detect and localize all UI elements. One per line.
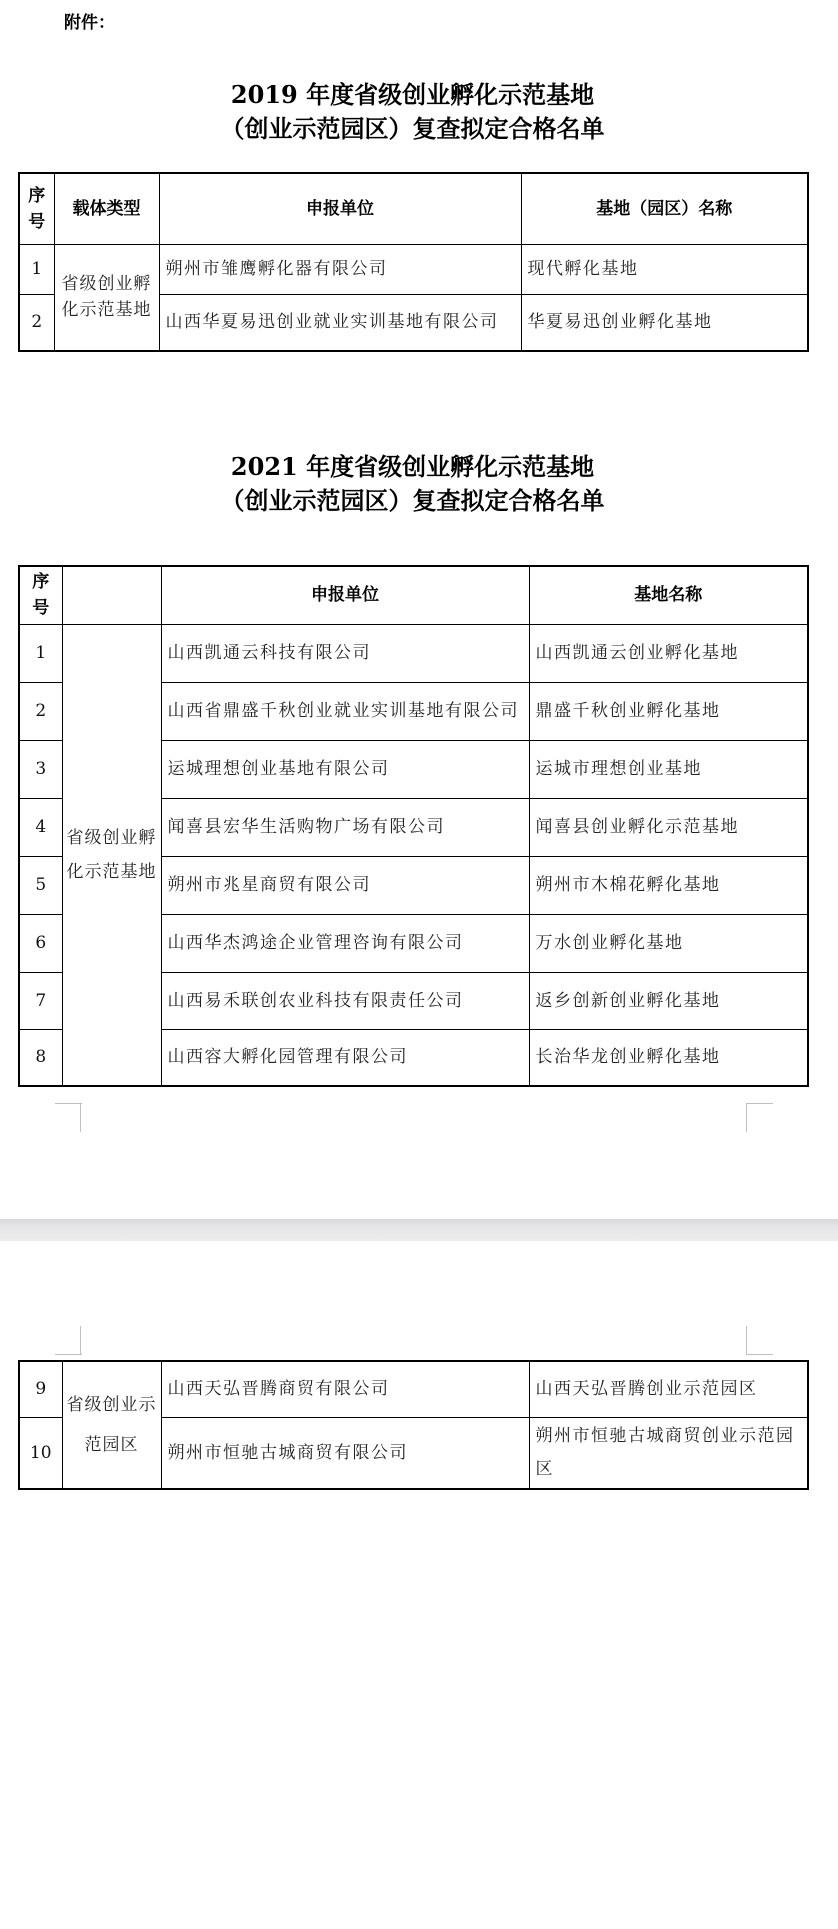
row-no: 9 <box>19 1361 62 1417</box>
table-header-row: 序 号 载体类型 申报单位 基地（园区）名称 <box>19 173 808 244</box>
org-cell: 山西华杰鸿途企业管理咨询有限公司 <box>161 914 529 972</box>
org-cell: 朔州市兆星商贸有限公司 <box>161 856 529 914</box>
org-cell: 山西容大孵化园管理有限公司 <box>161 1029 529 1086</box>
attachment-label: 附件： <box>64 8 115 33</box>
row-no: 7 <box>19 972 62 1029</box>
carrier-type-merged-cell: 省级创业孵化示范基地 <box>54 244 159 351</box>
page-break-separator <box>0 1219 838 1241</box>
table-row: 9 省级创业示范园区 山西天弘晋腾商贸有限公司 山西天弘晋腾创业示范园区 <box>19 1361 808 1417</box>
header-no: 序 号 <box>19 173 54 244</box>
base-cell: 返乡创新创业孵化基地 <box>529 972 808 1029</box>
row-no: 10 <box>19 1417 62 1489</box>
table-row: 1 省级创业孵化示范基地 山西凯通云科技有限公司 山西凯通云创业孵化基地 <box>19 624 808 682</box>
base-cell: 现代孵化基地 <box>521 244 808 294</box>
margin-corner-mark-bottom-left <box>80 1103 81 1132</box>
carrier-type-merged-cell: 省级创业孵化示范基地 <box>62 624 161 1086</box>
table1-title-line1: 2019 年度省级创业孵化示范基地 <box>18 78 807 112</box>
table2-title-line1: 2021 年度省级创业孵化示范基地 <box>18 450 807 484</box>
org-cell: 朔州市雏鹰孵化器有限公司 <box>159 244 521 294</box>
margin-corner-mark-bottom-left <box>55 1103 82 1104</box>
document-page: 附件： 2019 年度省级创业孵化示范基地 （创业示范园区）复查拟定合格名单 序… <box>0 0 838 1929</box>
margin-corner-mark-top-left <box>80 1326 81 1355</box>
org-cell: 山西华夏易迅创业就业实训基地有限公司 <box>159 294 521 351</box>
margin-corner-mark-bottom-right <box>746 1103 773 1104</box>
header-base: 基地名称 <box>529 566 808 624</box>
row-no: 1 <box>19 624 62 682</box>
table2-title-line2: （创业示范园区）复查拟定合格名单 <box>18 484 807 518</box>
org-cell: 山西天弘晋腾商贸有限公司 <box>161 1361 529 1417</box>
base-cell: 运城市理想创业基地 <box>529 740 808 798</box>
row-no: 5 <box>19 856 62 914</box>
table1-title-line2: （创业示范园区）复查拟定合格名单 <box>18 112 807 146</box>
table2-title: 2021 年度省级创业孵化示范基地 （创业示范园区）复查拟定合格名单 <box>18 450 807 518</box>
table-2021: 序 号 申报单位 基地名称 1 省级创业孵化示范基地 山西凯通云科技有限公司 山… <box>18 565 809 1087</box>
base-cell: 朔州市恒驰古城商贸创业示范园区 <box>529 1417 808 1489</box>
margin-corner-mark-bottom-right <box>746 1103 747 1132</box>
margin-corner-mark-top-right <box>746 1354 773 1355</box>
base-cell: 万水创业孵化基地 <box>529 914 808 972</box>
base-cell: 长治华龙创业孵化基地 <box>529 1029 808 1086</box>
table1-title: 2019 年度省级创业孵化示范基地 （创业示范园区）复查拟定合格名单 <box>18 78 807 146</box>
row-no: 3 <box>19 740 62 798</box>
base-cell: 鼎盛千秋创业孵化基地 <box>529 682 808 740</box>
row-no: 8 <box>19 1029 62 1086</box>
org-cell: 闻喜县宏华生活购物广场有限公司 <box>161 798 529 856</box>
table-row: 1 省级创业孵化示范基地 朔州市雏鹰孵化器有限公司 现代孵化基地 <box>19 244 808 294</box>
row-no: 2 <box>19 294 54 351</box>
base-cell: 山西凯通云创业孵化基地 <box>529 624 808 682</box>
row-no: 2 <box>19 682 62 740</box>
margin-corner-mark-top-right <box>746 1326 747 1355</box>
table-2019: 序 号 载体类型 申报单位 基地（园区）名称 1 省级创业孵化示范基地 朔州市雏… <box>18 172 809 352</box>
row-no: 6 <box>19 914 62 972</box>
org-cell: 山西易禾联创农业科技有限责任公司 <box>161 972 529 1029</box>
margin-corner-mark-top-left <box>55 1354 82 1355</box>
base-cell: 朔州市木棉花孵化基地 <box>529 856 808 914</box>
row-no: 1 <box>19 244 54 294</box>
header-base: 基地（园区）名称 <box>521 173 808 244</box>
header-type: 载体类型 <box>54 173 159 244</box>
row-no: 4 <box>19 798 62 856</box>
table-2021-continued: 9 省级创业示范园区 山西天弘晋腾商贸有限公司 山西天弘晋腾创业示范园区 10 … <box>18 1360 809 1490</box>
table-header-row: 序 号 申报单位 基地名称 <box>19 566 808 624</box>
org-cell: 山西省鼎盛千秋创业就业实训基地有限公司 <box>161 682 529 740</box>
base-cell: 闻喜县创业孵化示范基地 <box>529 798 808 856</box>
header-no: 序 号 <box>19 566 62 624</box>
org-cell: 朔州市恒驰古城商贸有限公司 <box>161 1417 529 1489</box>
header-type-empty <box>62 566 161 624</box>
org-cell: 山西凯通云科技有限公司 <box>161 624 529 682</box>
base-cell: 华夏易迅创业孵化基地 <box>521 294 808 351</box>
header-org: 申报单位 <box>159 173 521 244</box>
org-cell: 运城理想创业基地有限公司 <box>161 740 529 798</box>
base-cell: 山西天弘晋腾创业示范园区 <box>529 1361 808 1417</box>
carrier-type-merged-cell: 省级创业示范园区 <box>62 1361 161 1489</box>
header-org: 申报单位 <box>161 566 529 624</box>
